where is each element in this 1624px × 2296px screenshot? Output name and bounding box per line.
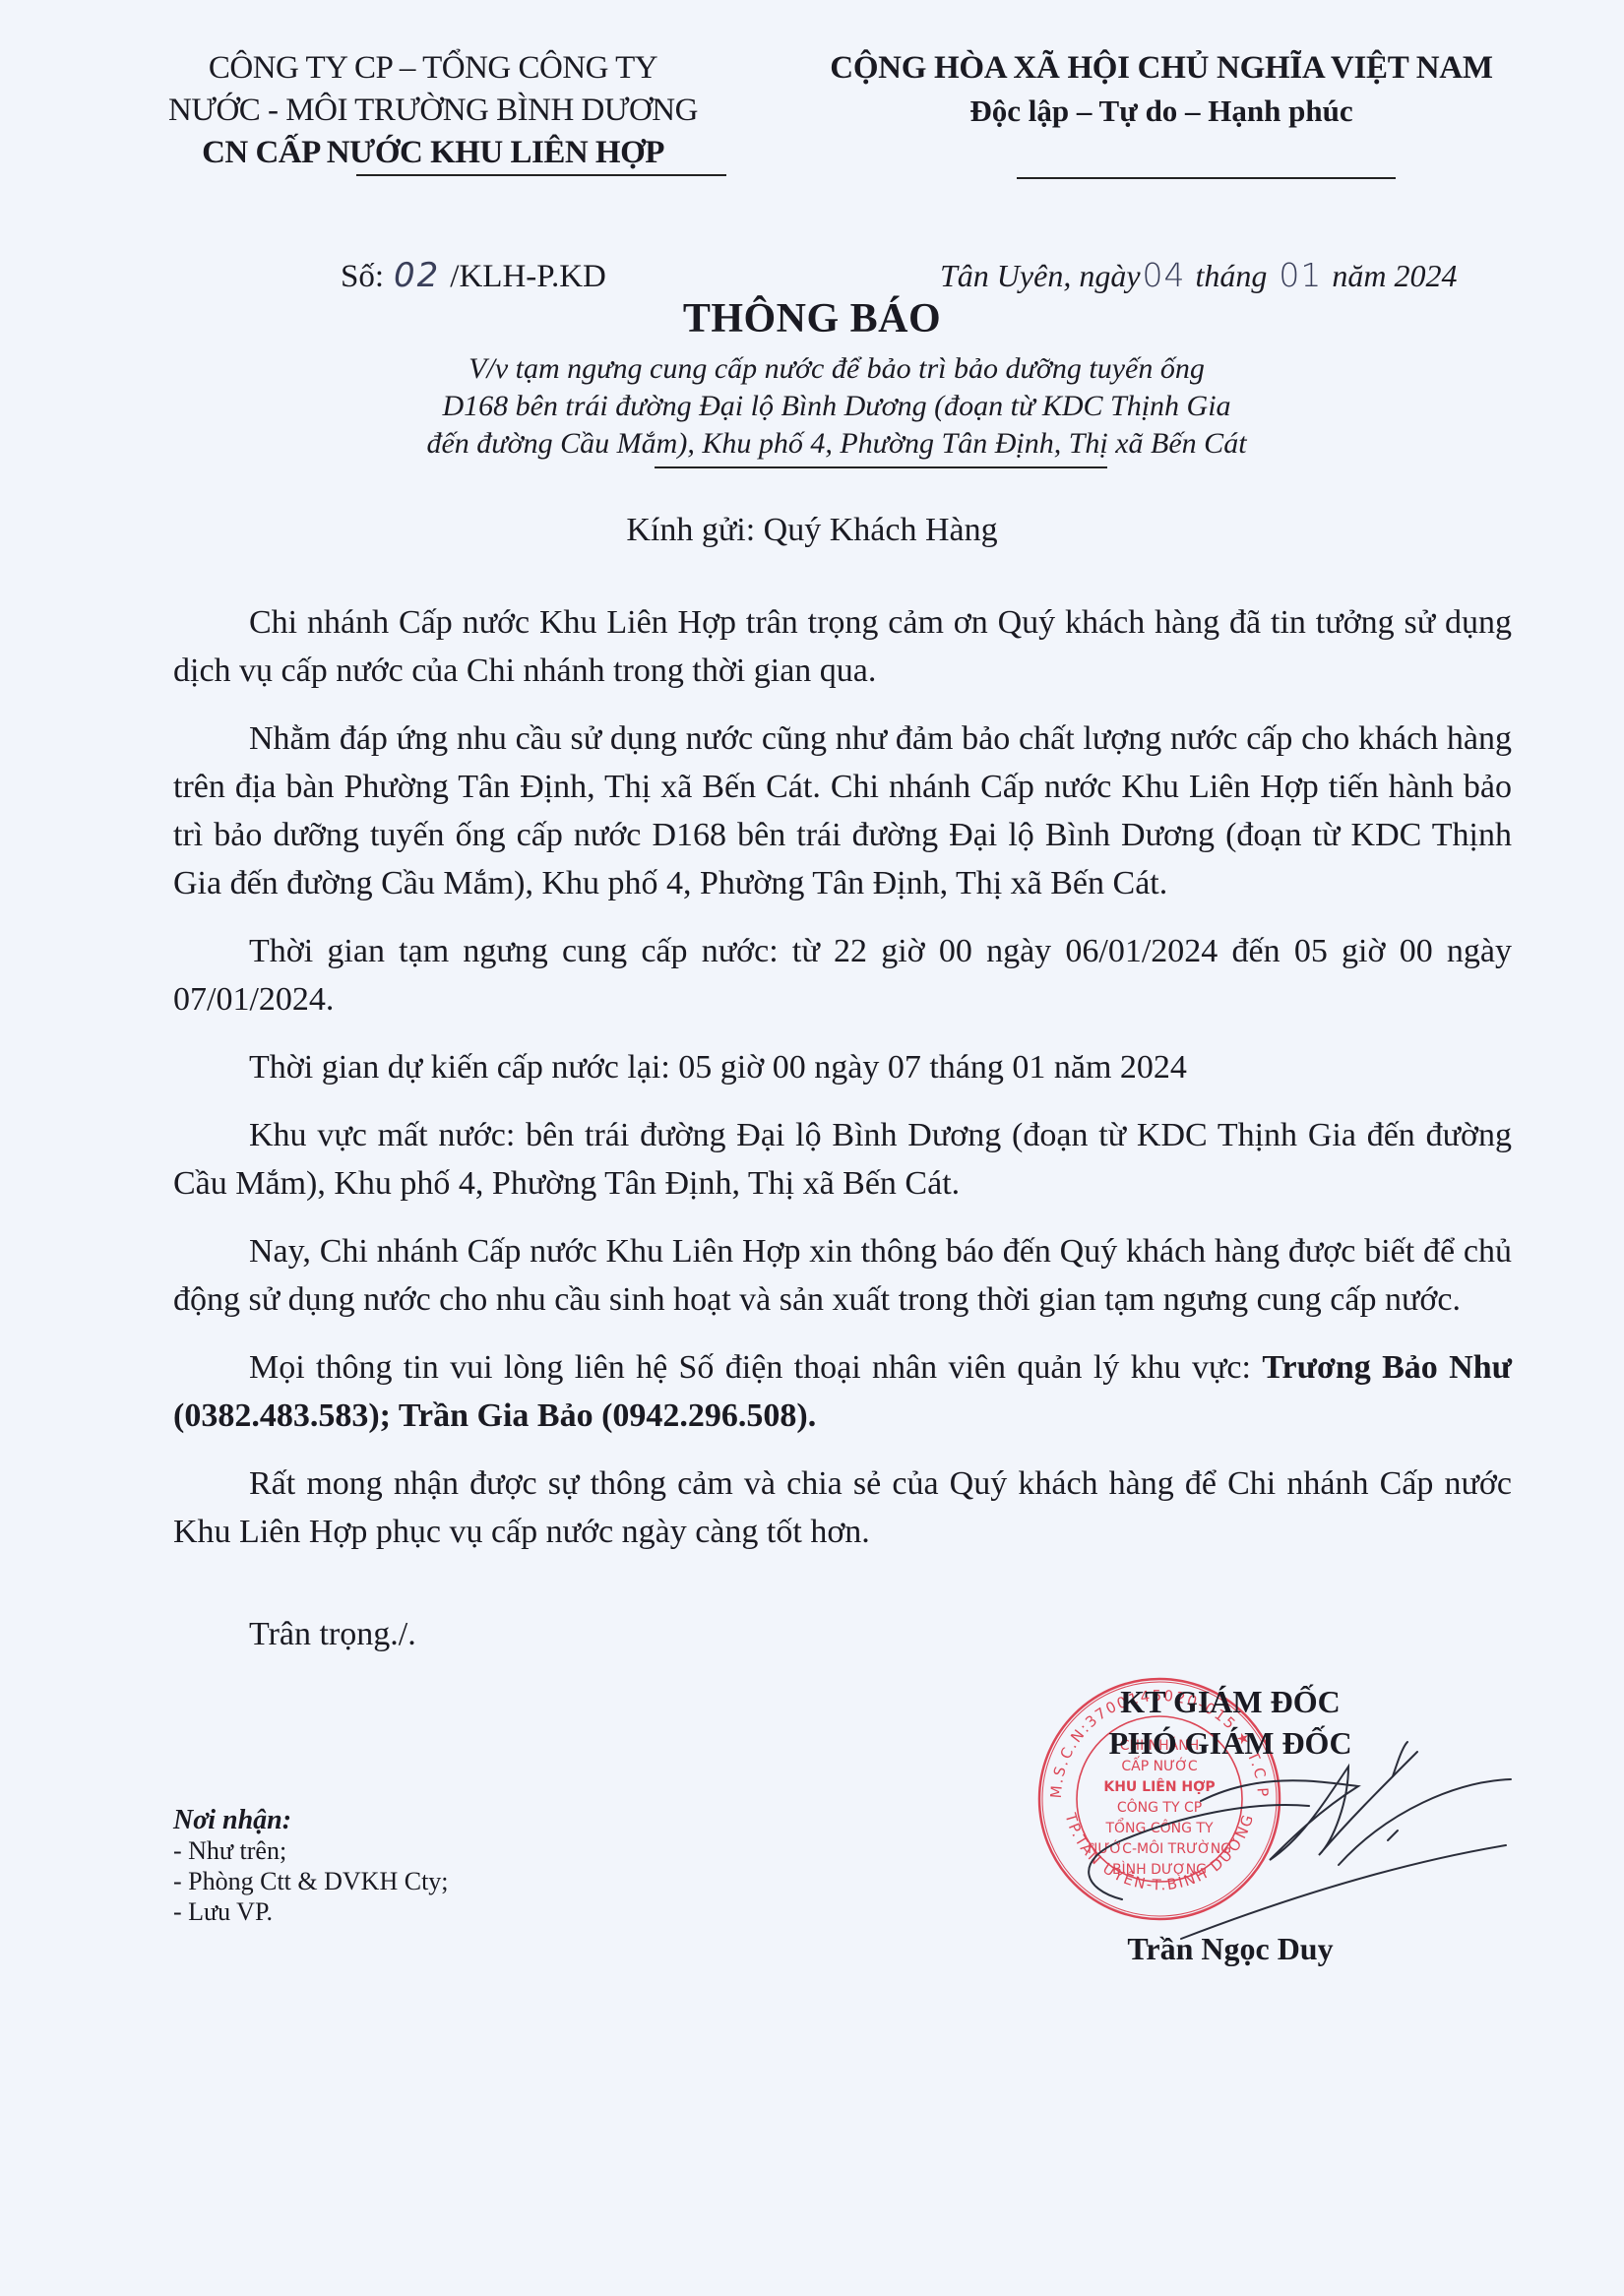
document-subject: V/v tạm ngưng cung cấp nước để bảo trì b… [295, 350, 1378, 463]
motto-underline [1017, 177, 1396, 179]
paragraph-restore-time: Thời gian dự kiến cấp nước lại: 05 giờ 0… [173, 1043, 1512, 1091]
recipient-item: - Phòng Ctt & DVKH Cty; [173, 1866, 449, 1896]
closing: Trân trọng./. [249, 1616, 416, 1653]
recipients-block: Nơi nhận: - Như trên; - Phòng Ctt & DVKH… [173, 1805, 449, 1927]
national-title: CỘNG HÒA XÃ HỘI CHỦ NGHĨA VIỆT NAM [787, 47, 1535, 90]
subject-line-1: V/v tạm ngưng cung cấp nước để bảo trì b… [295, 350, 1378, 388]
document-date: Tân Uyên, ngày04tháng01năm 2024 [940, 256, 1458, 294]
document-title: THÔNG BÁO [0, 295, 1624, 342]
national-header: CỘNG HÒA XÃ HỘI CHỦ NGHĨA VIỆT NAM Độc l… [787, 47, 1535, 132]
recipient-item: - Như trên; [173, 1835, 449, 1866]
paragraph-affected-area: Khu vực mất nước: bên trái đường Đại lộ … [173, 1111, 1512, 1208]
subject-underline [655, 466, 1107, 468]
document-number-suffix: /KLH-P.KD [450, 259, 606, 294]
paragraph-apology: Rất mong nhận được sự thông cảm và chia … [173, 1459, 1512, 1556]
date-month-label: tháng [1196, 258, 1268, 293]
document-number-label: Số: [341, 259, 384, 294]
recipient-item: - Lưu VP. [173, 1896, 449, 1927]
national-motto: Độc lập – Tự do – Hạnh phúc [787, 90, 1535, 132]
paragraph-outage-time: Thời gian tạm ngưng cung cấp nước: từ 22… [173, 927, 1512, 1024]
subject-line-2: D168 bên trái đường Đại lộ Bình Dương (đ… [295, 388, 1378, 425]
handwritten-signature [1063, 1693, 1575, 1968]
paragraph-purpose: Nhằm đáp ứng nhu cầu sử dụng nước cũng n… [173, 714, 1512, 907]
subject-line-3: đến đường Cầu Mắm), Khu phố 4, Phường Tâ… [295, 425, 1378, 463]
paragraph-thanks: Chi nhánh Cấp nước Khu Liên Hợp trân trọ… [173, 598, 1512, 695]
paragraph-notice: Nay, Chi nhánh Cấp nước Khu Liên Hợp xin… [173, 1227, 1512, 1324]
issuer-line-1: CÔNG TY CP – TỔNG CÔNG TY [128, 47, 738, 90]
issuer-line-2: NƯỚC - MÔI TRƯỜNG BÌNH DƯƠNG [128, 90, 738, 132]
date-day-handwritten: 04 [1143, 256, 1186, 294]
document-number-handwritten: 02 [394, 256, 440, 295]
recipients-heading: Nơi nhận: [173, 1805, 449, 1835]
greeting: Kính gửi: Quý Khách Hàng [0, 512, 1624, 549]
document-number: Số:02/KLH-P.KD [341, 256, 606, 295]
paragraph-contact: Mọi thông tin vui lòng liên hệ Số điện t… [173, 1343, 1512, 1440]
issuer-branch: CN CẤP NƯỚC KHU LIÊN HỢP [128, 132, 738, 174]
date-month-handwritten: 01 [1279, 256, 1322, 294]
contact-text: Mọi thông tin vui lòng liên hệ Số điện t… [249, 1349, 1251, 1386]
document-body: Chi nhánh Cấp nước Khu Liên Hợp trân trọ… [173, 598, 1512, 1576]
issuer-header: CÔNG TY CP – TỔNG CÔNG TY NƯỚC - MÔI TRƯ… [128, 47, 738, 174]
date-place: Tân Uyên, ngày [940, 258, 1141, 293]
date-year: năm 2024 [1332, 258, 1457, 293]
issuer-underline [356, 174, 726, 176]
